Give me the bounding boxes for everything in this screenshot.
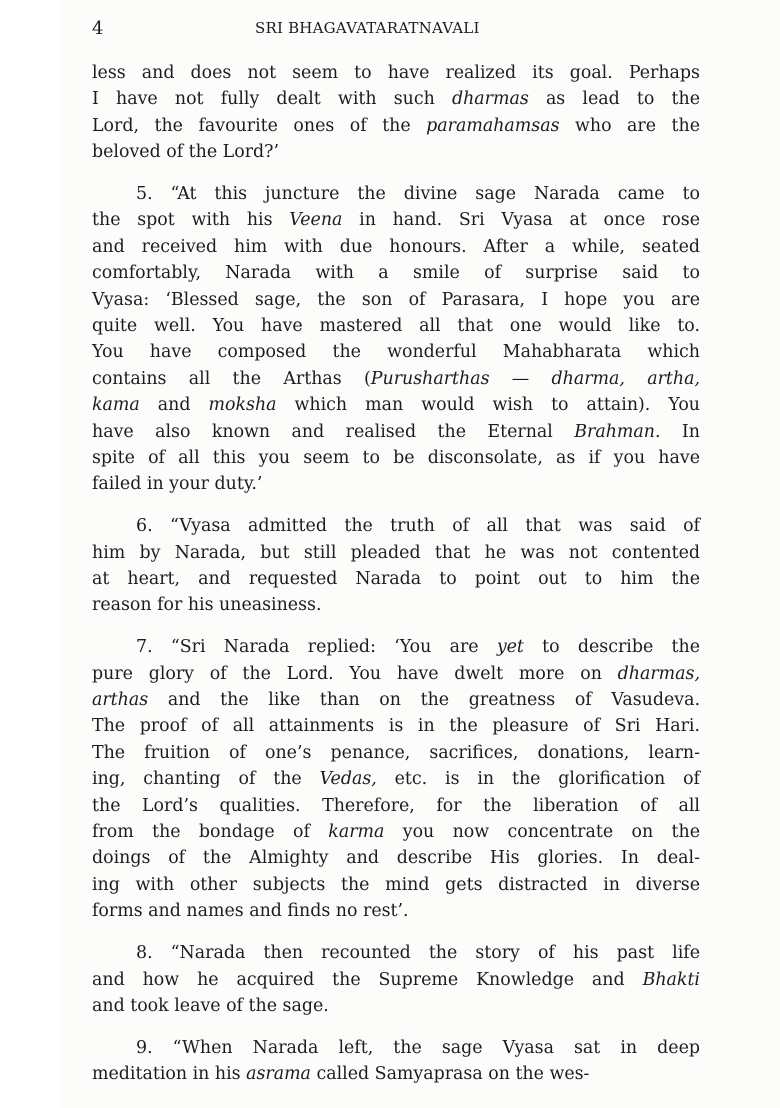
text-run: spite of all this you seem to be discons… xyxy=(92,448,700,468)
text-run: Lord, the favourite ones of the xyxy=(92,116,426,136)
text-run: called Samyaprasa on the wes- xyxy=(311,1064,590,1084)
text-run: who are the xyxy=(560,116,701,136)
text-run: him by Narada, but still pleaded that he… xyxy=(92,543,700,563)
text-line: arthas and the like than on the greatnes… xyxy=(92,687,700,713)
text-line: 5. “At this juncture the divine sage Nar… xyxy=(92,181,700,207)
text-run: ing with other subjects the mind gets di… xyxy=(92,875,700,895)
numbered-paragraph: 6. “Vyasa admitted the truth of all that… xyxy=(92,513,700,619)
text-line: reason for his uneasiness. xyxy=(92,592,700,618)
italic-term: dharmas xyxy=(452,89,529,109)
text-run: contains all the Arthas ( xyxy=(92,369,371,389)
text-run: reason for his uneasiness. xyxy=(92,595,321,615)
text-line: the Lord’s qualities. Therefore, for the… xyxy=(92,793,700,819)
italic-term: dharmas, xyxy=(618,664,700,684)
text-line: forms and names and finds no rest’. xyxy=(92,898,700,924)
text-line: kama and moksha which man would wish to … xyxy=(92,392,700,418)
page-number: 4 xyxy=(92,18,103,39)
italic-term: Vedas, xyxy=(320,769,377,789)
text-line: spite of all this you seem to be discons… xyxy=(92,445,700,471)
numbered-paragraph: 8. “Narada then recounted the story of h… xyxy=(92,940,700,1019)
text-run: as lead to the xyxy=(529,89,700,109)
text-line: ing with other subjects the mind gets di… xyxy=(92,872,700,898)
text-run: 7. “Sri Narada replied: ‘You are xyxy=(136,637,497,657)
text-line: 6. “Vyasa admitted the truth of all that… xyxy=(92,513,700,539)
numbered-paragraph: 5. “At this juncture the divine sage Nar… xyxy=(92,181,700,498)
text-line: You have composed the wonderful Mahabhar… xyxy=(92,339,700,365)
italic-term: arthas xyxy=(92,690,148,710)
text-line: The fruition of one’s penance, sacrifice… xyxy=(92,740,700,766)
text-line: meditation in his asrama called Samyapra… xyxy=(92,1061,700,1087)
text-run: and xyxy=(140,395,209,415)
text-run: pure glory of the Lord. You have dwelt m… xyxy=(92,664,618,684)
text-run: have also known and realised the Eternal xyxy=(92,422,574,442)
text-run: forms and names and finds no rest’. xyxy=(92,901,409,921)
text-line: ing, chanting of the Vedas, etc. is in t… xyxy=(92,766,700,792)
text-run: ing, chanting of the xyxy=(92,769,320,789)
text-run: You have composed the wonderful Mahabhar… xyxy=(92,342,700,362)
text-line: quite well. You have mastered all that o… xyxy=(92,313,700,339)
text-line: 8. “Narada then recounted the story of h… xyxy=(92,940,700,966)
text-run: and received him with due honours. After… xyxy=(92,237,700,257)
text-run: in hand. Sri Vyasa at once rose xyxy=(342,210,700,230)
text-run: failed in your duty.’ xyxy=(92,474,262,494)
text-run: etc. is in the glorification of xyxy=(377,769,700,789)
text-line: pure glory of the Lord. You have dwelt m… xyxy=(92,661,700,687)
italic-term: karma xyxy=(328,822,384,842)
text-line: failed in your duty.’ xyxy=(92,471,700,497)
text-line: less and does not seem to have realized … xyxy=(92,60,700,86)
text-run: 9. “When Narada left, the sage Vyasa sat… xyxy=(136,1038,700,1058)
text-run: the spot with his xyxy=(92,210,289,230)
text-line: and took leave of the sage. xyxy=(92,993,700,1019)
text-run: I have not fully dealt with such xyxy=(92,89,452,109)
italic-term: yet xyxy=(497,637,524,657)
text-run: quite well. You have mastered all that o… xyxy=(92,316,700,336)
body-text: less and does not seem to have realized … xyxy=(92,60,700,1088)
text-run: and the like than on the greatness of Va… xyxy=(148,690,700,710)
text-run: 6. “Vyasa admitted the truth of all that… xyxy=(136,516,700,536)
text-run: The fruition of one’s penance, sacrifice… xyxy=(92,743,700,763)
text-line: and received him with due honours. After… xyxy=(92,234,700,260)
running-head: 4 SRI BHAGAVATARATNAVALI xyxy=(92,18,700,44)
text-line: from the bondage of karma you now concen… xyxy=(92,819,700,845)
italic-term: Brahman. xyxy=(574,422,660,442)
italic-term: Purusharthas — dharma, artha, xyxy=(371,369,700,389)
text-line: contains all the Arthas (Purusharthas — … xyxy=(92,366,700,392)
text-run: the Lord’s qualities. Therefore, for the… xyxy=(92,796,700,816)
text-run: 5. “At this juncture the divine sage Nar… xyxy=(136,184,700,204)
text-run: comfortably, Narada with a smile of surp… xyxy=(92,263,700,283)
text-line: The proof of all attainments is in the p… xyxy=(92,713,700,739)
paragraph: less and does not seem to have realized … xyxy=(92,60,700,166)
text-run: which man would wish to attain). You xyxy=(277,395,700,415)
text-line: beloved of the Lord?’ xyxy=(92,139,700,165)
text-line: I have not fully dealt with such dharmas… xyxy=(92,86,700,112)
text-line: Vyasa: ‘Blessed sage, the son of Parasar… xyxy=(92,287,700,313)
italic-term: Veena xyxy=(289,210,342,230)
text-run: at heart, and requested Narada to point … xyxy=(92,569,700,589)
text-run: doings of the Almighty and describe His … xyxy=(92,848,700,868)
italic-term: moksha xyxy=(209,395,277,415)
italic-term: Bhakti xyxy=(643,970,700,990)
text-run: and how he acquired the Supreme Knowledg… xyxy=(92,970,643,990)
italic-term: asrama xyxy=(246,1064,311,1084)
text-run: from the bondage of xyxy=(92,822,328,842)
text-line: at heart, and requested Narada to point … xyxy=(92,566,700,592)
book-page: 4 SRI BHAGAVATARATNAVALI less and does n… xyxy=(60,0,780,1108)
text-run: The proof of all attainments is in the p… xyxy=(92,716,700,736)
text-line: comfortably, Narada with a smile of surp… xyxy=(92,260,700,286)
text-line: 9. “When Narada left, the sage Vyasa sat… xyxy=(92,1035,700,1061)
text-line: and how he acquired the Supreme Knowledg… xyxy=(92,967,700,993)
text-line: Lord, the favourite ones of the paramaha… xyxy=(92,113,700,139)
text-run: you now concentrate on the xyxy=(384,822,700,842)
numbered-paragraph: 7. “Sri Narada replied: ‘You are yet to … xyxy=(92,634,700,924)
text-run: meditation in his xyxy=(92,1064,246,1084)
text-line: 7. “Sri Narada replied: ‘You are yet to … xyxy=(92,634,700,660)
text-run: 8. “Narada then recounted the story of h… xyxy=(136,943,700,963)
text-run: In xyxy=(661,422,701,442)
text-run: and took leave of the sage. xyxy=(92,996,329,1016)
text-run: to describe the xyxy=(524,637,700,657)
text-run: beloved of the Lord?’ xyxy=(92,142,279,162)
numbered-paragraph: 9. “When Narada left, the sage Vyasa sat… xyxy=(92,1035,700,1088)
text-run: less and does not seem to have realized … xyxy=(92,63,700,83)
text-line: doings of the Almighty and describe His … xyxy=(92,845,700,871)
italic-term: paramahamsas xyxy=(426,116,559,136)
running-title: SRI BHAGAVATARATNAVALI xyxy=(255,19,480,37)
text-line: the spot with his Veena in hand. Sri Vya… xyxy=(92,207,700,233)
italic-term: kama xyxy=(92,395,140,415)
text-run: Vyasa: ‘Blessed sage, the son of Parasar… xyxy=(92,290,700,310)
text-line: have also known and realised the Eternal… xyxy=(92,419,700,445)
text-line: him by Narada, but still pleaded that he… xyxy=(92,540,700,566)
